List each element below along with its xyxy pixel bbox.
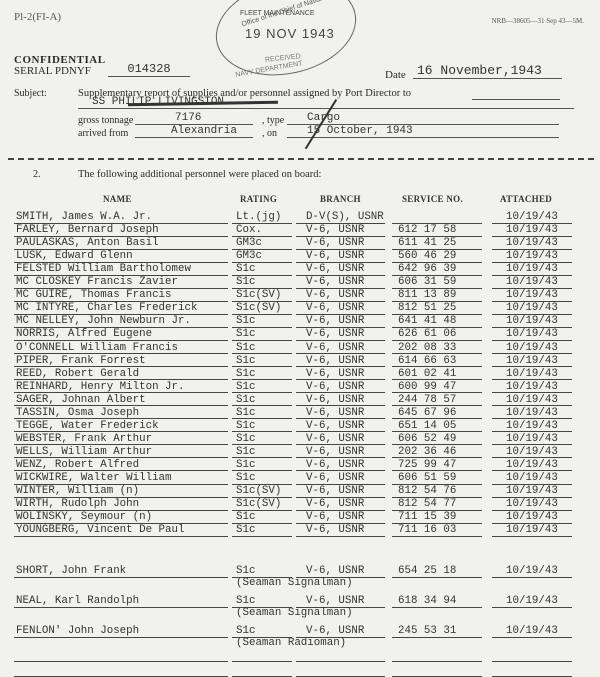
table-row: SHORT, John FrankS1cV-6, USNR654 25 1810… — [0, 566, 600, 577]
cell-rating: S1c — [236, 408, 255, 418]
cell-service-no: 245 53 31 — [398, 626, 456, 636]
cell-service-no: 614 66 63 — [398, 356, 456, 366]
cell-branch: V-6, USNR — [306, 329, 364, 339]
cell-name: NEAL, Karl Randolph — [16, 596, 139, 606]
cell-name: TASSIN, Osma Joseph — [16, 408, 139, 418]
cell-rating: Lt.(jg) — [236, 212, 281, 222]
cell-rating: S1c — [236, 421, 255, 431]
cell-underline — [232, 650, 292, 662]
table-row: PIPER, Frank ForrestS1cV-6, USNR614 66 6… — [0, 356, 600, 367]
cell-branch: V-6, USNR — [306, 251, 364, 261]
cell-service-no: 642 96 39 — [398, 264, 456, 274]
table-row: MC CLOSKEY Francis ZavierS1cV-6, USNR606… — [0, 277, 600, 288]
cell-underline — [392, 665, 482, 677]
cell-rating: Cox. — [236, 225, 262, 235]
cell-name: WELLS, William Arthur — [16, 447, 152, 457]
cell-name: WIRTH, Rudolph John — [16, 499, 139, 509]
cell-branch: D-V(S), USNR — [306, 212, 384, 222]
cell-underline — [492, 665, 572, 677]
cell-name: TEGGE, Water Frederick — [16, 421, 159, 431]
cell-branch: V-6, USNR — [306, 512, 364, 522]
empty-row — [0, 650, 600, 661]
cell-service-no: 618 34 94 — [398, 596, 456, 606]
cell-rating: S1c — [236, 626, 255, 636]
table-row: SMITH, James W.A. Jr.Lt.(jg)D-V(S), USNR… — [0, 212, 600, 223]
cell-rating: S1c(SV) — [236, 303, 281, 313]
cell-service-no: 725 99 47 — [398, 460, 456, 470]
cell-service-no: 654 25 18 — [398, 566, 456, 576]
table-row: TEGGE, Water FrederickS1cV-6, USNR651 14… — [0, 421, 600, 432]
table-row: WENZ, Robert AlfredS1cV-6, USNR725 99 47… — [0, 460, 600, 471]
cell-underline — [232, 665, 292, 677]
cell-service-no: 812 54 76 — [398, 486, 456, 496]
cell-attached: 10/19/43 — [506, 225, 558, 235]
cell-rating: S1c — [236, 596, 255, 606]
cell-rating: S1c — [236, 434, 255, 444]
table-row: NORRIS, Alfred EugeneS1cV-6, USNR626 61 … — [0, 329, 600, 340]
table-row: TASSIN, Osma JosephS1cV-6, USNR645 67 96… — [0, 408, 600, 419]
cell-name: MC CLOSKEY Francis Zavier — [16, 277, 178, 287]
cell-rating: S1c(SV) — [236, 290, 281, 300]
cell-rating: S1c — [236, 356, 255, 366]
cell-service-no: 811 13 89 — [398, 290, 456, 300]
cell-attached: 10/19/43 — [506, 382, 558, 392]
cell-underline — [492, 650, 572, 662]
cell-rating: S1c — [236, 369, 255, 379]
cell-name: WOLINSKY, Seymour (n) — [16, 512, 152, 522]
cell-attached: 10/19/43 — [506, 408, 558, 418]
cell-branch: V-6, USNR — [306, 460, 364, 470]
table-row: WIRTH, Rudolph JohnS1c(SV)V-6, USNR812 5… — [0, 499, 600, 510]
cell-underline — [392, 212, 482, 224]
cell-service-no: 651 14 05 — [398, 421, 456, 431]
cell-attached: 10/19/43 — [506, 277, 558, 287]
table-row: NEAL, Karl RandolphS1cV-6, USNR618 34 94… — [0, 596, 600, 607]
cell-rating: S1c — [236, 316, 255, 326]
cell-service-no: 202 36 46 — [398, 447, 456, 457]
cell-branch: V-6, USNR — [306, 421, 364, 431]
cell-rating: S1c(SV) — [236, 486, 281, 496]
cell-attached: 10/19/43 — [506, 434, 558, 444]
rating-note-text: (Seaman Signalman) — [236, 608, 353, 618]
cell-underline — [392, 650, 482, 662]
cell-name: YOUNGBERG, Vincent De Paul — [16, 525, 184, 535]
table-row: REINHARD, Henry Milton Jr.S1cV-6, USNR60… — [0, 382, 600, 393]
cell-attached: 10/19/43 — [506, 264, 558, 274]
table-row: LUSK, Edward GlennGM3cV-6, USNR560 46 29… — [0, 251, 600, 262]
cell-branch: V-6, USNR — [306, 382, 364, 392]
cell-name: REINHARD, Henry Milton Jr. — [16, 382, 184, 392]
cell-branch: V-6, USNR — [306, 369, 364, 379]
cell-branch: V-6, USNR — [306, 626, 364, 636]
cell-attached: 10/19/43 — [506, 329, 558, 339]
cell-attached: 10/19/43 — [506, 566, 558, 576]
cell-rating: S1c — [236, 447, 255, 457]
cell-branch: V-6, USNR — [306, 596, 364, 606]
cell-attached: 10/19/43 — [506, 512, 558, 522]
cell-name: WINTER, William (n) — [16, 486, 139, 496]
cell-attached: 10/19/43 — [506, 290, 558, 300]
table-row: FELSTED William BartholomewS1cV-6, USNR6… — [0, 264, 600, 275]
table-row: PAULASKAS, Anton BasilGM3cV-6, USNR611 4… — [0, 238, 600, 249]
cell-rating: S1c — [236, 382, 255, 392]
cell-rating: GM3c — [236, 238, 262, 248]
rating-note-text: (Seaman Radioman) — [236, 638, 346, 648]
cell-branch: V-6, USNR — [306, 434, 364, 444]
table-row: O'CONNELL William FrancisS1cV-6, USNR202… — [0, 343, 600, 354]
cell-service-no: 612 17 58 — [398, 225, 456, 235]
cell-rating: GM3c — [236, 251, 262, 261]
cell-name: SMITH, James W.A. Jr. — [16, 212, 152, 222]
cell-branch: V-6, USNR — [306, 343, 364, 353]
table-row: WOLINSKY, Seymour (n)S1cV-6, USNR711 15 … — [0, 512, 600, 523]
cell-attached: 10/19/43 — [506, 447, 558, 457]
cell-service-no: 600 99 47 — [398, 382, 456, 392]
cell-attached: 10/19/43 — [506, 212, 558, 222]
table-row: MC INTYRE, Charles FrederickS1c(SV)V-6, … — [0, 303, 600, 314]
table-row: WICKWIRE, Walter WilliamS1cV-6, USNR606 … — [0, 473, 600, 484]
cell-service-no: 812 51 25 — [398, 303, 456, 313]
table-row: REED, Robert GeraldS1cV-6, USNR601 02 41… — [0, 369, 600, 380]
cell-service-no: 626 61 06 — [398, 329, 456, 339]
cell-branch: V-6, USNR — [306, 395, 364, 405]
cell-name: WICKWIRE, Walter William — [16, 473, 172, 483]
cell-service-no: 606 51 59 — [398, 473, 456, 483]
cell-rating: S1c — [236, 395, 255, 405]
cell-service-no: 711 15 39 — [398, 512, 456, 522]
table-row: MC NELLEY, John Newburn Jr.S1cV-6, USNR6… — [0, 316, 600, 327]
cell-branch: V-6, USNR — [306, 316, 364, 326]
table-row: WELLS, William ArthurS1cV-6, USNR202 36 … — [0, 447, 600, 458]
cell-branch: V-6, USNR — [306, 566, 364, 576]
table-row: WEBSTER, Frank ArthurS1cV-6, USNR606 52 … — [0, 434, 600, 445]
cell-underline — [296, 650, 385, 662]
cell-service-no: 244 78 57 — [398, 395, 456, 405]
cell-attached: 10/19/43 — [506, 343, 558, 353]
cell-attached: 10/19/43 — [506, 460, 558, 470]
cell-attached: 10/19/43 — [506, 473, 558, 483]
cell-branch: V-6, USNR — [306, 277, 364, 287]
cell-attached: 10/19/43 — [506, 395, 558, 405]
cell-branch: V-6, USNR — [306, 499, 364, 509]
cell-attached: 10/19/43 — [506, 356, 558, 366]
cell-branch: V-6, USNR — [306, 238, 364, 248]
cell-attached: 10/19/43 — [506, 499, 558, 509]
cell-service-no: 711 16 03 — [398, 525, 456, 535]
cell-attached: 10/19/43 — [506, 486, 558, 496]
cell-rating: S1c — [236, 566, 255, 576]
cell-name: SHORT, John Frank — [16, 566, 126, 576]
cell-branch: V-6, USNR — [306, 473, 364, 483]
cell-service-no: 202 08 33 — [398, 343, 456, 353]
cell-service-no: 611 41 25 — [398, 238, 456, 248]
cell-rating: S1c — [236, 473, 255, 483]
cell-rating: S1c(SV) — [236, 499, 281, 509]
cell-name: NORRIS, Alfred Eugene — [16, 329, 152, 339]
cell-attached: 10/19/43 — [506, 251, 558, 261]
cell-branch: V-6, USNR — [306, 303, 364, 313]
rating-note-text: (Seaman Signalman) — [236, 578, 353, 588]
cell-service-no: 645 67 96 — [398, 408, 456, 418]
table-row: MC GUIRE, Thomas FrancisS1c(SV)V-6, USNR… — [0, 290, 600, 301]
cell-name: PAULASKAS, Anton Basil — [16, 238, 159, 248]
cell-service-no: 812 54 77 — [398, 499, 456, 509]
empty-row — [0, 665, 600, 676]
cell-name: MC INTYRE, Charles Frederick — [16, 303, 197, 313]
table-row: SAGER, Johnan AlbertS1cV-6, USNR244 78 5… — [0, 395, 600, 406]
cell-attached: 10/19/43 — [506, 303, 558, 313]
cell-name: WENZ, Robert Alfred — [16, 460, 139, 470]
cell-name: WEBSTER, Frank Arthur — [16, 434, 152, 444]
cell-underline — [14, 650, 228, 662]
cell-name: PIPER, Frank Forrest — [16, 356, 146, 366]
cell-attached: 10/19/43 — [506, 369, 558, 379]
cell-branch: V-6, USNR — [306, 408, 364, 418]
cell-attached: 10/19/43 — [506, 316, 558, 326]
table-row: YOUNGBERG, Vincent De PaulS1cV-6, USNR71… — [0, 525, 600, 536]
cell-rating: S1c — [236, 512, 255, 522]
cell-branch: V-6, USNR — [306, 447, 364, 457]
cell-rating: S1c — [236, 329, 255, 339]
cell-name: FENLON' John Joseph — [16, 626, 139, 636]
cell-underline — [14, 665, 228, 677]
cell-rating: S1c — [236, 460, 255, 470]
cell-service-no: 606 52 49 — [398, 434, 456, 444]
table-row: FARLEY, Bernard JosephCox.V-6, USNR612 1… — [0, 225, 600, 236]
cell-name: REED, Robert Gerald — [16, 369, 139, 379]
cell-service-no: 601 02 41 — [398, 369, 456, 379]
cell-rating: S1c — [236, 525, 255, 535]
cell-rating: S1c — [236, 264, 255, 274]
cell-service-no: 560 46 29 — [398, 251, 456, 261]
cell-rating: S1c — [236, 343, 255, 353]
personnel-table: SMITH, James W.A. Jr.Lt.(jg)D-V(S), USNR… — [0, 0, 600, 677]
cell-branch: V-6, USNR — [306, 290, 364, 300]
cell-rating: S1c — [236, 277, 255, 287]
cell-branch: V-6, USNR — [306, 486, 364, 496]
cell-attached: 10/19/43 — [506, 626, 558, 636]
cell-attached: 10/19/43 — [506, 238, 558, 248]
cell-name: MC GUIRE, Thomas Francis — [16, 290, 172, 300]
cell-branch: V-6, USNR — [306, 225, 364, 235]
cell-name: FARLEY, Bernard Joseph — [16, 225, 159, 235]
cell-name: LUSK, Edward Glenn — [16, 251, 133, 261]
cell-name: FELSTED William Bartholomew — [16, 264, 191, 274]
cell-attached: 10/19/43 — [506, 525, 558, 535]
cell-name: SAGER, Johnan Albert — [16, 395, 146, 405]
table-row: FENLON' John JosephS1cV-6, USNR245 53 31… — [0, 626, 600, 637]
cell-service-no: 606 31 59 — [398, 277, 456, 287]
cell-branch: V-6, USNR — [306, 525, 364, 535]
cell-name: O'CONNELL William Francis — [16, 343, 178, 353]
cell-service-no: 641 41 48 — [398, 316, 456, 326]
cell-attached: 10/19/43 — [506, 421, 558, 431]
cell-branch: V-6, USNR — [306, 356, 364, 366]
cell-name: MC NELLEY, John Newburn Jr. — [16, 316, 191, 326]
table-row: WINTER, William (n)S1c(SV)V-6, USNR812 5… — [0, 486, 600, 497]
cell-underline — [296, 665, 385, 677]
cell-branch: V-6, USNR — [306, 264, 364, 274]
cell-attached: 10/19/43 — [506, 596, 558, 606]
